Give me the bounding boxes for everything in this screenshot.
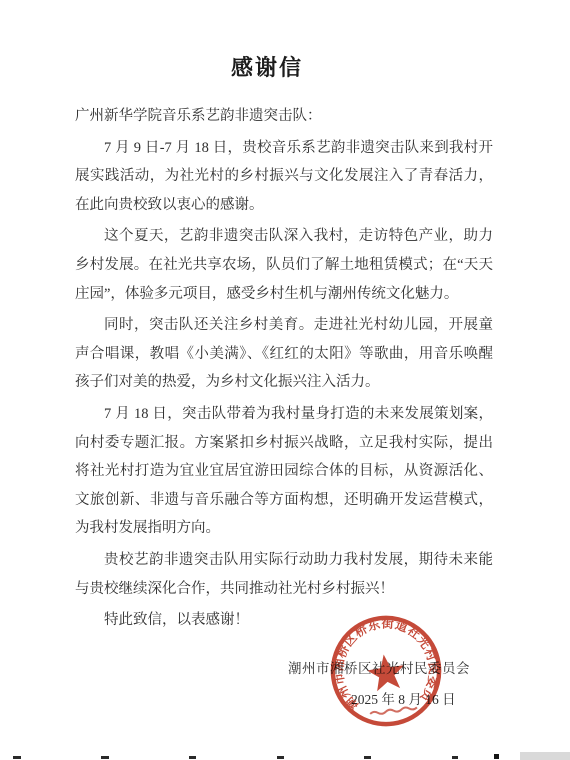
scan-edge-tick bbox=[101, 756, 109, 759]
scan-edge-tick bbox=[13, 756, 21, 759]
official-red-seal: 潮州市湘桥区桥东街道社光村民委员会 bbox=[319, 604, 452, 737]
letter-paragraph: 贵校艺韵非遗突击队用实际行动助力我村发展，期待未来能与贵校继续深化合作，共同推动… bbox=[75, 546, 493, 603]
seal-anticounterfeit-marks bbox=[370, 706, 417, 715]
scan-edge-dot bbox=[494, 754, 499, 759]
scan-edge-tick bbox=[277, 756, 284, 759]
letter-salutation: 广州新华学院音乐系艺韵非遗突击队： bbox=[75, 102, 493, 131]
scanned-letter-page: 感谢信 广州新华学院音乐系艺韵非遗突击队： 7 月 9 日-7 月 18 日，贵… bbox=[0, 0, 570, 760]
letter-body: 广州新华学院音乐系艺韵非遗突击队： 7 月 9 日-7 月 18 日，贵校音乐系… bbox=[75, 102, 493, 638]
scan-edge-tick bbox=[189, 756, 196, 759]
scan-edge-tick bbox=[364, 756, 371, 759]
letter-paragraph: 7 月 18 日，突击队带着为我村量身打造的未来发展策划案，向村委专题汇报。方案… bbox=[75, 400, 493, 543]
letter-paragraph: 这个夏天，艺韵非遗突击队深入我村，走访特色产业，助力乡村发展。在社光共享农场，队… bbox=[75, 222, 493, 308]
letter-paragraph: 7 月 9 日-7 月 18 日，贵校音乐系艺韵非遗突击队来到我村开展实践活动，… bbox=[75, 134, 493, 220]
scan-edge-gray-bar bbox=[520, 752, 570, 760]
star-icon bbox=[365, 652, 407, 692]
letter-paragraph: 同时，突击队还关注乡村美育。走进社光村幼儿园，开展童声合唱课，教唱《小美满》、《… bbox=[75, 311, 493, 397]
letter-title: 感谢信 bbox=[0, 51, 552, 82]
scan-edge-tick bbox=[452, 756, 458, 759]
